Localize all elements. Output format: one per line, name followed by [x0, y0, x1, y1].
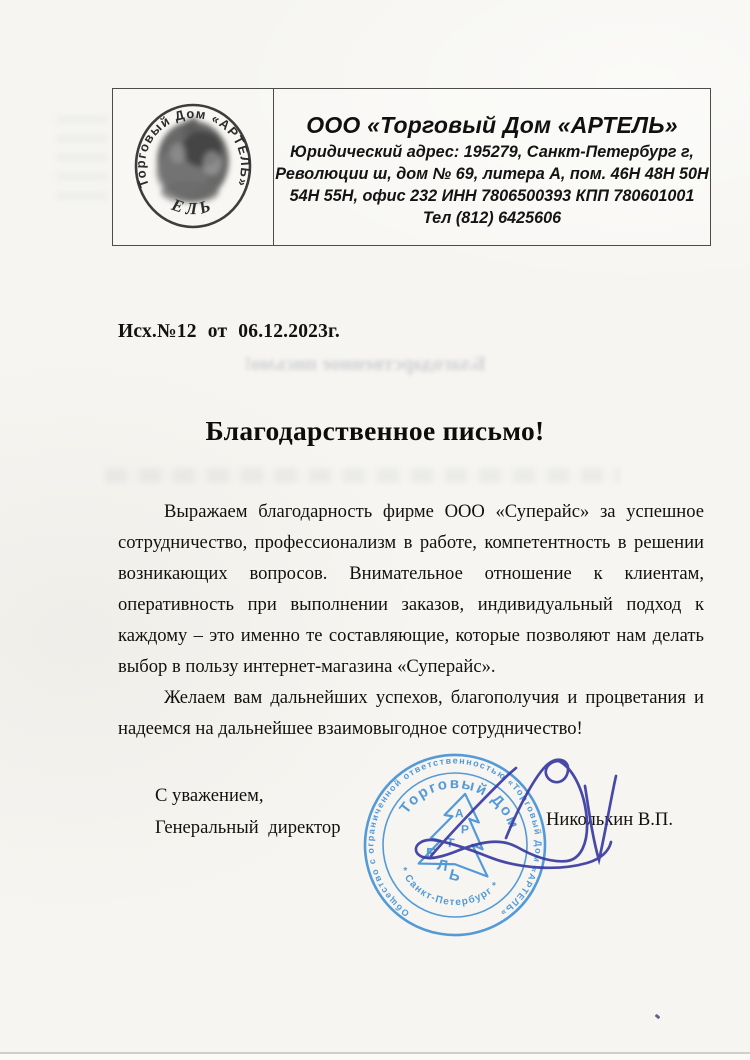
address-line-3: 54Н 55Н, офис 232 ИНН 7806500393 КПП 780… [290, 185, 695, 207]
ink-speck [655, 1014, 661, 1020]
company-logo: Торговый Дом «АРТЕЛЬ» ЕЛЬ [126, 97, 260, 237]
outgoing-reference: Исх.№12 от 06.12.2023г. [118, 321, 340, 343]
letterhead-box: Торговый Дом «АРТЕЛЬ» ЕЛЬ ООО «Торговый … [112, 88, 711, 246]
body-paragraph-1: Выражаем благодарность фирме ООО «Супера… [118, 496, 704, 682]
body-paragraph-2: Желаем вам дальнейших успехов, благополу… [118, 682, 704, 744]
handwritten-signature [388, 744, 625, 922]
closing-line: С уважением, [155, 785, 264, 807]
letterhead-text: ООО «Торговый Дом «АРТЕЛЬ» Юридический а… [274, 89, 710, 245]
company-name: ООО «Торговый Дом «АРТЕЛЬ» [306, 112, 678, 138]
address-line-2: Революции ш, дом № 69, литера А, пом. 46… [275, 163, 709, 185]
logo-cell: Торговый Дом «АРТЕЛЬ» ЕЛЬ [113, 89, 274, 245]
address-line-4: Тел (812) 6425606 [423, 207, 561, 229]
letter-body: Выражаем благодарность фирме ООО «Супера… [118, 496, 704, 744]
letter-title: Благодарственное письмо! [20, 415, 730, 447]
signer-position: Генеральный директор [155, 817, 341, 839]
bleed-through-band [105, 468, 620, 483]
address-line-1: Юридический адрес: 195279, Санкт-Петербу… [290, 141, 694, 163]
scanned-letter-page: Торговый Дом «АРТЕЛЬ» ЕЛЬ ООО «Торговый … [0, 0, 750, 1060]
scan-edge-strip [0, 1054, 750, 1060]
scan-smudge [56, 116, 108, 202]
bleed-through-title: Благодарственное письмо! [190, 353, 541, 376]
